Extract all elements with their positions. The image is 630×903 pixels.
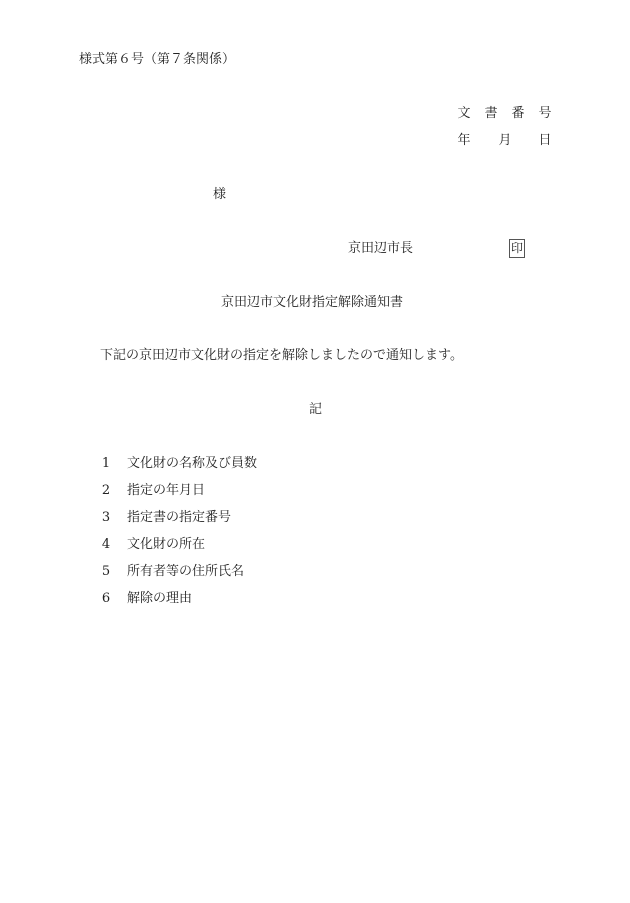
recipient-honorific: 様 bbox=[213, 187, 226, 203]
issuer-name: 京田辺市長 bbox=[348, 241, 413, 257]
item-number: 2 bbox=[100, 483, 112, 499]
body-text: 下記の京田辺市文化財の指定を解除しましたので通知します。 bbox=[100, 348, 463, 364]
item-label: 文化財の名称及び員数 bbox=[127, 456, 257, 472]
date-year-label: 年 bbox=[457, 133, 471, 149]
item-label: 文化財の所在 bbox=[127, 537, 205, 553]
item-label: 指定の年月日 bbox=[127, 483, 205, 499]
document-number-char: 番 bbox=[511, 106, 525, 122]
date-month-label: 月 bbox=[498, 133, 512, 149]
item-label: 所有者等の住所氏名 bbox=[127, 564, 244, 580]
form-number: 様式第６号（第７条関係） bbox=[79, 52, 235, 68]
document-number-label: 文 書 番 号 bbox=[0, 106, 630, 122]
document-number-char: 書 bbox=[484, 106, 498, 122]
item-number: 5 bbox=[100, 564, 112, 580]
item-number: 4 bbox=[100, 537, 112, 553]
document-title: 京田辺市文化財指定解除通知書 bbox=[221, 295, 403, 311]
item-number: 1 bbox=[100, 456, 112, 472]
document-number-char: 文 bbox=[457, 106, 471, 122]
document-number-char: 号 bbox=[538, 106, 552, 122]
item-label: 解除の理由 bbox=[127, 591, 192, 607]
item-number: 6 bbox=[100, 591, 112, 607]
item-number: 3 bbox=[100, 510, 112, 526]
date-line: 年 月 日 bbox=[0, 133, 630, 149]
item-label: 指定書の指定番号 bbox=[127, 510, 231, 526]
ki-heading: 記 bbox=[309, 402, 322, 418]
seal-stamp-icon: 印 bbox=[509, 239, 525, 258]
date-day-label: 日 bbox=[538, 133, 552, 149]
